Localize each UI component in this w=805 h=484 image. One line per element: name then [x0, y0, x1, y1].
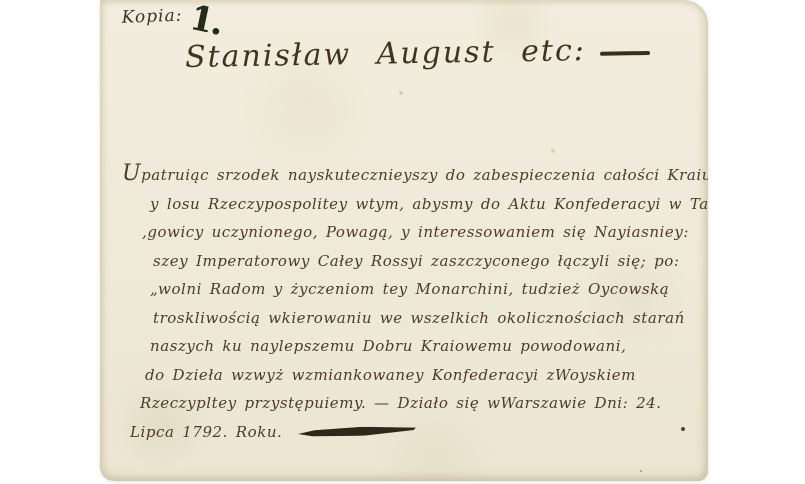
body-line: Upatruiąc srzodek nayskutecznieyszy do z…: [122, 160, 698, 190]
body-line: troskliwością wkierowaniu we wszelkich o…: [153, 304, 698, 333]
copy-annotation-label: Kopia:: [121, 6, 182, 28]
document-title: Stanisław August etc:: [185, 33, 586, 75]
body-line: ,gowicy uczynionego, Powagą, y interesso…: [142, 218, 698, 247]
manuscript-body: Upatruiąc srzodek nayskutecznieyszy do z…: [122, 160, 698, 446]
title-flourish-dash: [600, 50, 650, 55]
closing-flourish-dash: [298, 424, 416, 437]
body-line: y losu Rzeczypospolitey wtym, abysmy do …: [150, 190, 698, 219]
body-line: naszych ku naylepszemu Dobru Kraiowemu p…: [150, 332, 698, 361]
document-title-row: Stanisław August etc:: [185, 32, 650, 75]
ink-specks: [100, 0, 102, 2]
body-line: „wolni Radom y życzeniom tey Monarchini,…: [150, 275, 698, 304]
copy-annotation: Kopia: 1.: [121, 4, 224, 44]
manuscript-paper: Kopia: 1. Stanisław August etc: Upatruią…: [100, 0, 708, 481]
body-line: szey Imperatorowy Całey Rossyi zaszczyco…: [153, 247, 698, 276]
body-line-date: Lipca 1792. Roku.: [130, 418, 698, 447]
body-line: do Dzieła wzwyż wzmiankowaney Konfederac…: [145, 361, 698, 390]
copy-annotation-number: 1.: [187, 0, 227, 44]
date-line-text: Lipca 1792. Roku.: [130, 423, 282, 441]
body-line: Rzeczypltey przystępuiemy. — Działo się …: [140, 389, 698, 418]
page-background: Kopia: 1. Stanisław August etc: Upatruią…: [0, 0, 805, 484]
